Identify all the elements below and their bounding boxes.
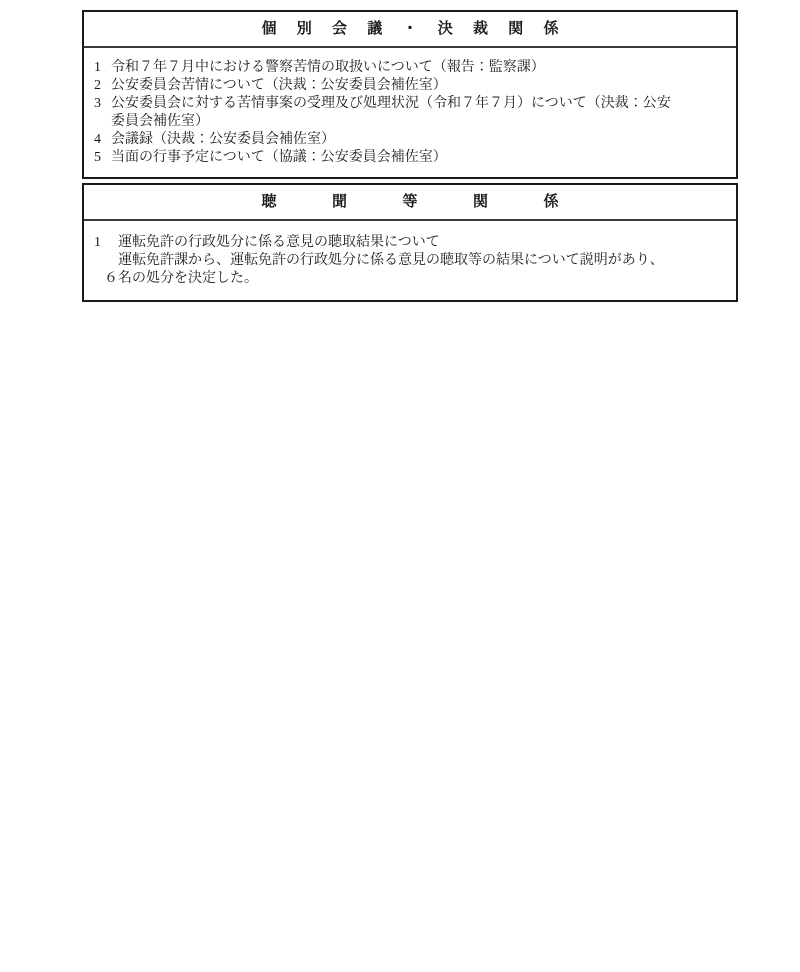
agenda-item-line: 公安委員会苦情について（決裁：公安委員会補佐室） bbox=[111, 78, 447, 93]
hearing-item-number: 1 bbox=[94, 234, 118, 252]
meeting-section-body: 1 令和７年７月中における警察苦情の取扱いについて（報告：監察課） 2 公安委員… bbox=[84, 48, 736, 177]
hearing-item-detail-line1: 運転免許課から、運転免許の行政処分に係る意見の聴取等の結果について説明があり、 bbox=[118, 252, 728, 270]
meeting-section-title: 個別会議・決裁関係 bbox=[84, 12, 736, 48]
agenda-item-text: 公安委員会に対する苦情事案の受理及び処理状況（令和７年７月）について（決裁：公安… bbox=[111, 95, 728, 131]
agenda-item-number: 3 bbox=[94, 95, 111, 113]
hearing-item-heading: 運転免許の行政処分に係る意見の聴取結果について bbox=[118, 234, 440, 252]
agenda-item-5: 5 当面の行事予定について（協議：公安委員会補佐室） bbox=[94, 149, 728, 167]
document-area: 個別会議・決裁関係 1 令和７年７月中における警察苦情の取扱いについて（報告：監… bbox=[82, 10, 738, 302]
agenda-item-4: 4 会議録（決裁：公安委員会補佐室） bbox=[94, 131, 728, 149]
agenda-item-number: 1 bbox=[94, 59, 111, 77]
agenda-item-text: 公安委員会苦情について（決裁：公安委員会補佐室） bbox=[111, 77, 728, 95]
hearing-section-body: 1 運転免許の行政処分に係る意見の聴取結果について 運転免許課から、運転免許の行… bbox=[84, 221, 736, 300]
agenda-item-2: 2 公安委員会苦情について（決裁：公安委員会補佐室） bbox=[94, 77, 728, 95]
meeting-section-table: 個別会議・決裁関係 1 令和７年７月中における警察苦情の取扱いについて（報告：監… bbox=[82, 10, 738, 179]
agenda-item-line: 当面の行事予定について（協議：公安委員会補佐室） bbox=[111, 150, 447, 165]
agenda-item-number: 2 bbox=[94, 77, 111, 95]
hearing-section-title: 聴聞等関係 bbox=[84, 185, 736, 221]
agenda-item-line: 会議録（決裁：公安委員会補佐室） bbox=[111, 132, 335, 147]
agenda-item-text: 令和７年７月中における警察苦情の取扱いについて（報告：監察課） bbox=[111, 59, 728, 77]
agenda-item-1: 1 令和７年７月中における警察苦情の取扱いについて（報告：監察課） bbox=[94, 59, 728, 77]
agenda-item-number: 5 bbox=[94, 149, 111, 167]
hearing-item-detail-line2: ６名の処分を決定した。 bbox=[104, 270, 728, 288]
agenda-item-line: 委員会補佐室） bbox=[111, 113, 728, 131]
hearing-section-table: 聴聞等関係 1 運転免許の行政処分に係る意見の聴取結果について 運転免許課から、… bbox=[82, 183, 738, 302]
agenda-item-number: 4 bbox=[94, 131, 111, 149]
hearing-item: 1 運転免許の行政処分に係る意見の聴取結果について bbox=[94, 234, 728, 252]
agenda-item-text: 当面の行事予定について（協議：公安委員会補佐室） bbox=[111, 149, 728, 167]
agenda-item-3: 3 公安委員会に対する苦情事案の受理及び処理状況（令和７年７月）について（決裁：… bbox=[94, 95, 728, 131]
agenda-item-line: 公安委員会に対する苦情事案の受理及び処理状況（令和７年７月）について（決裁：公安 bbox=[111, 95, 728, 113]
agenda-item-text: 会議録（決裁：公安委員会補佐室） bbox=[111, 131, 728, 149]
agenda-item-line: 令和７年７月中における警察苦情の取扱いについて（報告：監察課） bbox=[111, 60, 545, 75]
